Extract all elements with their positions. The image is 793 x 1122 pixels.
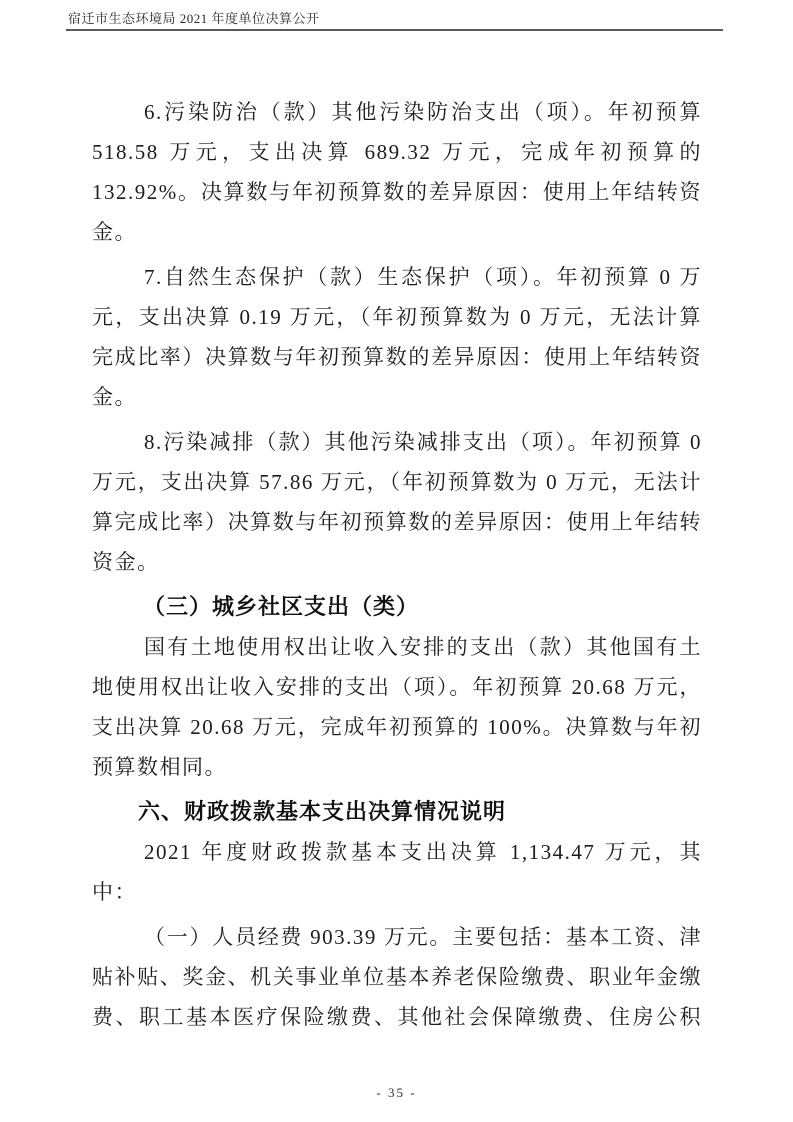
paragraph-emission-reduction: 8.污染减排（款）其他污染减排支出（项）。年初预算 0 万元，支出决算 57.8… <box>92 422 702 582</box>
header-title: 宿迁市生态环境局 2021 年度单位决算公开 <box>66 11 723 26</box>
heading-urban-rural-community-expenditure: （三）城乡社区支出（类） <box>92 587 702 627</box>
paragraph-natural-ecology: 7.自然生态保护（款）生态保护（项）。年初预算 0 万元，支出决算 0.19 万… <box>92 257 702 417</box>
heading-fiscal-basic-expenditure: 六、财政拨款基本支出决算情况说明 <box>92 792 702 832</box>
page-footer: - 35 - <box>0 1084 793 1102</box>
paragraph-state-land-expenditure: 国有土地使用权出让收入安排的支出（款）其他国有土地使用权出让收入安排的支出（项）… <box>92 627 702 787</box>
page-number: - 35 - <box>376 1085 416 1100</box>
document-body: 6.污染防治（款）其他污染防治支出（项）。年初预算 518.58 万元，支出决算… <box>92 92 702 1042</box>
paragraph-personnel-funds: （一）人员经费 903.39 万元。主要包括：基本工资、津贴补贴、奖金、机关事业… <box>92 917 702 1037</box>
paragraph-basic-expenditure-total: 2021 年度财政拨款基本支出决算 1,134.47 万元，其中： <box>92 832 702 912</box>
document-page: 宿迁市生态环境局 2021 年度单位决算公开 6.污染防治（款）其他污染防治支出… <box>0 0 793 1122</box>
paragraph-pollution-control: 6.污染防治（款）其他污染防治支出（项）。年初预算 518.58 万元，支出决算… <box>92 92 702 252</box>
page-header: 宿迁市生态环境局 2021 年度单位决算公开 <box>66 11 723 31</box>
